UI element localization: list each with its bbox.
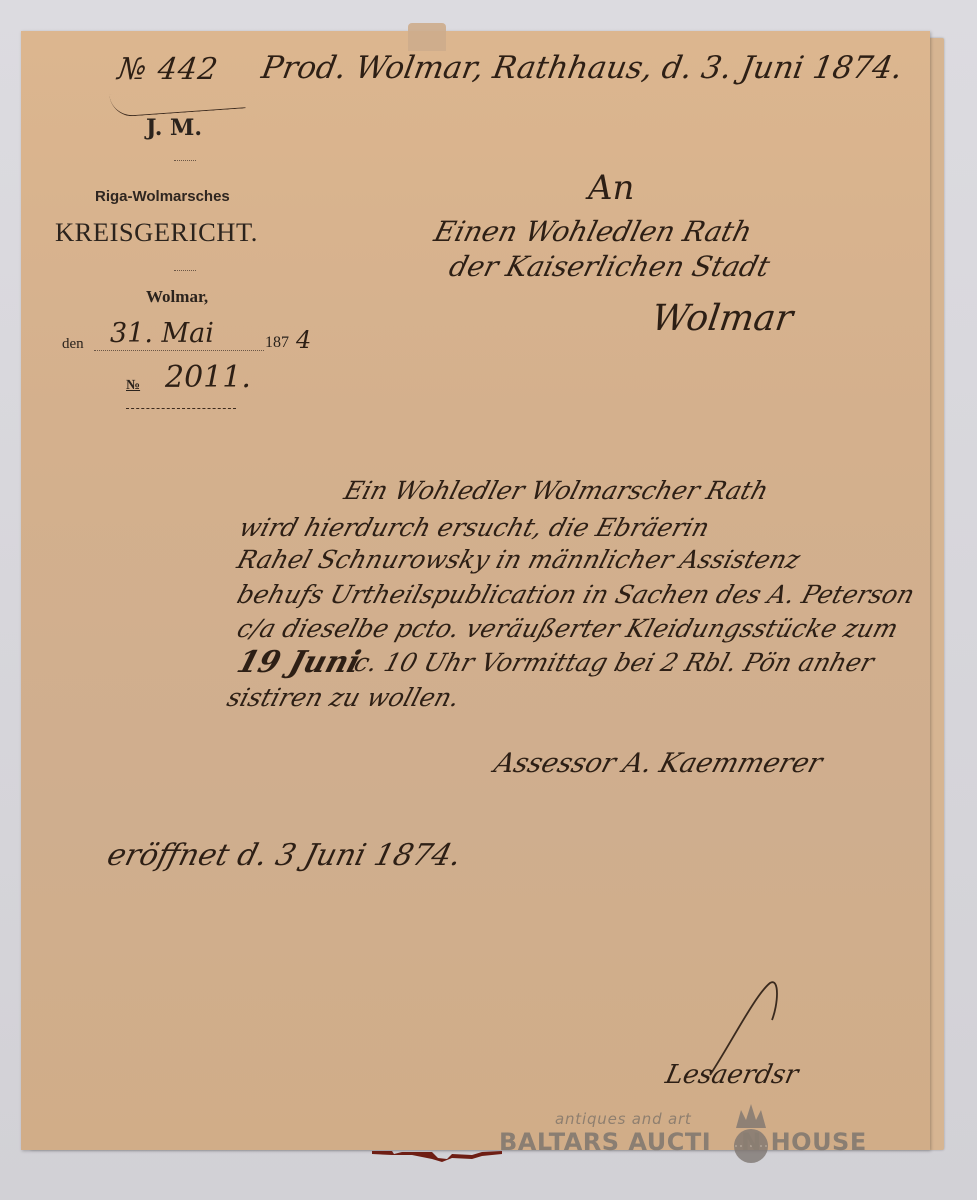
letterhead-year-handwritten: 4 bbox=[296, 326, 311, 354]
ornament-divider bbox=[174, 160, 196, 165]
watermark-brand-part2: N HOUSE bbox=[741, 1128, 867, 1156]
letterhead-number-label: № bbox=[126, 378, 140, 394]
letterhead-number-handwritten: 2011. bbox=[165, 360, 251, 395]
letterhead-city: Wolmar, bbox=[146, 287, 208, 307]
header-place-date: Prod. Wolmar, Rathhaus, d. 3. Juni 1874. bbox=[259, 50, 905, 86]
wax-seal-remnant bbox=[372, 1149, 502, 1163]
letterhead-court-name: KREISGERICHT. bbox=[55, 218, 258, 248]
header-number: № 442 bbox=[116, 52, 221, 87]
body-hearing-date: 19 Juni bbox=[233, 645, 364, 680]
watermark-tagline: antiques and art bbox=[555, 1110, 692, 1128]
watermark-brand-part1: BALTARS AUCTI bbox=[499, 1128, 711, 1156]
addressee-city: Wolmar bbox=[649, 298, 795, 339]
body-line-5: c/a dieselbe pcto. veräußerter Kleidungs… bbox=[234, 614, 902, 643]
body-line-2: wird hierdurch ersucht, die Ebräerin bbox=[236, 513, 713, 542]
body-line-3: Rahel Schnurowsky in männlicher Assisten… bbox=[234, 545, 804, 574]
body-line-7: sistiren zu wollen. bbox=[224, 683, 463, 712]
addressee-salutation: An bbox=[588, 168, 634, 208]
ornament-divider bbox=[174, 270, 196, 275]
body-line-1: Ein Wohledler Wolmarscher Rath bbox=[341, 476, 772, 505]
letterhead-date-prefix: den bbox=[62, 336, 84, 353]
assessor-signature: Assessor A. Kaemmerer bbox=[491, 748, 826, 779]
letterhead-year-printed: 187 bbox=[265, 334, 289, 352]
body-line-6: c. 10 Uhr Vormittag bei 2 Rbl. Pön anher bbox=[351, 648, 878, 677]
body-line-4: behufs Urtheilspublication in Sachen des… bbox=[234, 580, 918, 609]
tape-strip bbox=[408, 23, 446, 51]
auction-house-watermark: antiques and art BALTARS AUCTIN HOUSE bbox=[499, 1108, 899, 1168]
addressee-line-2: der Kaiserlichen Stadt bbox=[446, 250, 773, 283]
addressee-line-1: Einen Wohledlen Rath bbox=[431, 215, 756, 248]
receipt-note: eröffnet d. 3 Juni 1874. bbox=[104, 838, 465, 873]
secretary-signature: Lesaerdsr bbox=[663, 1060, 801, 1090]
date-dotted-line bbox=[94, 350, 264, 351]
letterhead-court-region: Riga-Wolmarsches bbox=[95, 188, 230, 205]
letterhead-date-handwritten: 31. Mai bbox=[110, 318, 214, 349]
watermark-brand: BALTARS AUCTIN HOUSE bbox=[499, 1128, 867, 1156]
number-underline bbox=[126, 402, 236, 409]
letterhead-monogram: J. M. bbox=[146, 115, 202, 141]
